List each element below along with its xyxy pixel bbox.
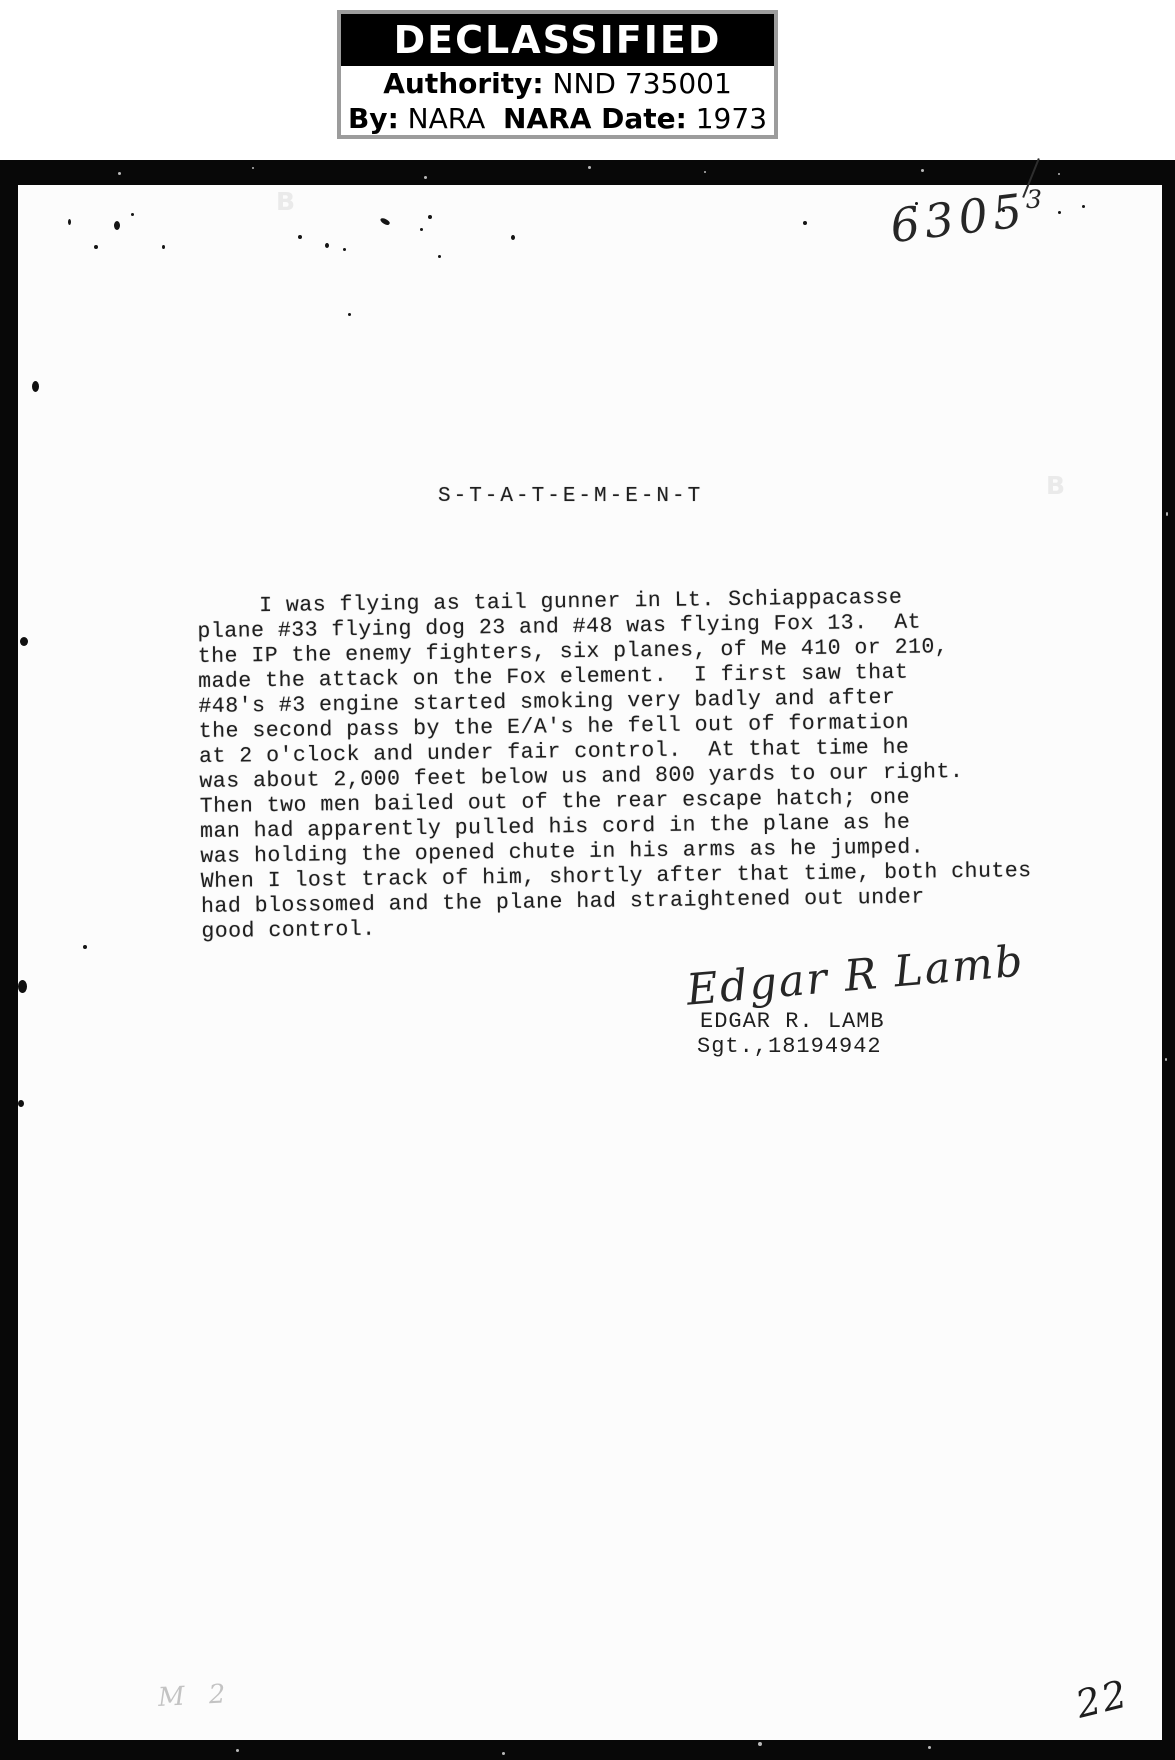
ink-speck bbox=[428, 215, 432, 219]
ink-speck bbox=[803, 221, 807, 225]
by-label: By: bbox=[348, 102, 399, 135]
ink-speck bbox=[68, 219, 71, 225]
handwritten-page-number: 22 bbox=[1071, 1671, 1132, 1726]
scan-noise-speck bbox=[588, 166, 591, 169]
scan-noise-speck bbox=[424, 176, 427, 179]
ink-speck bbox=[325, 243, 329, 248]
ink-speck bbox=[343, 248, 346, 251]
scan-noise-speck bbox=[758, 1742, 762, 1746]
handwritten-signature: Edgar R Lamb bbox=[684, 936, 1026, 1015]
scan-noise-speck bbox=[252, 167, 254, 169]
ink-speck bbox=[1002, 209, 1005, 212]
pencil-mark: M 2 bbox=[157, 1679, 234, 1713]
scan-noise-speck bbox=[118, 172, 121, 175]
ink-speck bbox=[915, 202, 918, 205]
ink-speck bbox=[83, 945, 87, 949]
scanned-document-screenshot: DECLASSIFIED Authority: NND 735001 By: N… bbox=[0, 0, 1175, 1760]
stamp-authority-line: Authority: NND 735001 bbox=[341, 66, 774, 101]
signature-typed-name: EDGAR R. LAMB bbox=[700, 1009, 885, 1034]
scan-noise-speck bbox=[1058, 173, 1060, 175]
scan-edge-blob bbox=[18, 980, 27, 993]
statement-title: S-T-A-T-E-M-E-N-T bbox=[438, 485, 703, 508]
handwritten-catalog-superscript: 3 bbox=[1026, 185, 1042, 214]
watermark-letter: B bbox=[276, 187, 295, 216]
scan-black-frame: 6305 3 B B S-T-A-T-E-M-E-N-T I was flyin… bbox=[0, 160, 1175, 1760]
ink-speck bbox=[131, 213, 134, 216]
date-value: 1973 bbox=[687, 102, 767, 135]
scan-noise-speck bbox=[1165, 1058, 1167, 1061]
scan-noise-speck bbox=[921, 169, 924, 172]
ink-speck bbox=[379, 217, 390, 227]
declassification-stamp: DECLASSIFIED Authority: NND 735001 By: N… bbox=[337, 10, 778, 139]
ink-speck bbox=[162, 245, 165, 249]
scan-noise-speck bbox=[1166, 512, 1168, 516]
ink-speck bbox=[114, 221, 120, 230]
ink-speck bbox=[298, 235, 302, 239]
scan-edge-blob bbox=[20, 637, 28, 646]
document-paper: 6305 3 B B S-T-A-T-E-M-E-N-T I was flyin… bbox=[18, 185, 1162, 1740]
scan-noise-speck bbox=[502, 1752, 505, 1755]
authority-label: Authority: bbox=[383, 67, 543, 100]
ink-speck bbox=[348, 313, 351, 316]
stamp-by-line: By: NARA NARA Date: 1973 bbox=[341, 101, 774, 136]
scan-noise-speck bbox=[236, 1749, 239, 1752]
scan-edge-blob bbox=[18, 1100, 24, 1107]
ink-speck bbox=[420, 228, 423, 231]
signature-rank-serial: Sgt.,18194942 bbox=[697, 1034, 882, 1059]
by-value: NARA bbox=[399, 102, 503, 135]
scan-noise-speck bbox=[704, 171, 706, 173]
statement-body: I was flying as tail gunner in Lt. Schia… bbox=[197, 584, 1032, 945]
scan-noise-speck bbox=[928, 1746, 931, 1749]
date-label: NARA Date: bbox=[503, 102, 687, 135]
ink-speck bbox=[511, 235, 515, 240]
pen-dot bbox=[1058, 211, 1061, 214]
ink-speck bbox=[94, 245, 98, 249]
ink-speck bbox=[438, 255, 441, 258]
pen-dot bbox=[1082, 205, 1085, 208]
scan-edge-blob bbox=[32, 381, 39, 392]
handwritten-catalog-number: 6305 bbox=[887, 183, 1030, 253]
authority-value: NND 735001 bbox=[544, 67, 732, 100]
watermark-letter: B bbox=[1046, 471, 1065, 500]
stamp-title: DECLASSIFIED bbox=[341, 14, 774, 66]
